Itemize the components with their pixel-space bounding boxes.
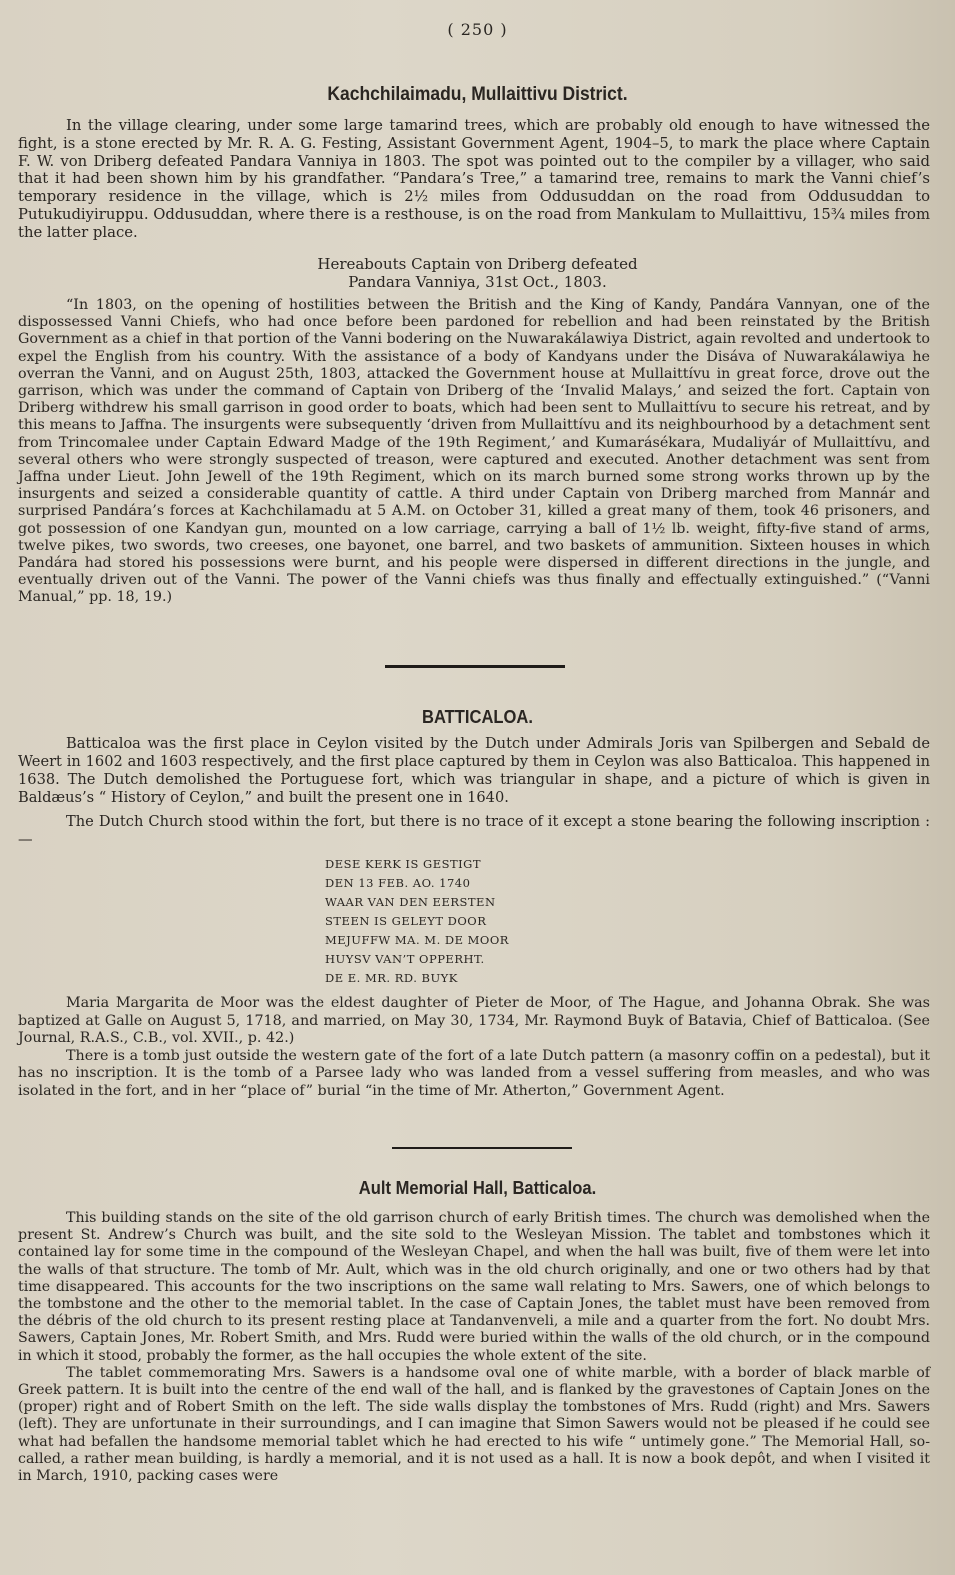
inscription-line: STEEN IS GELEYT DOOR — [325, 912, 509, 931]
church-inscription: DESE KERK IS GESTIGT DEN 13 FEB. AO. 174… — [325, 855, 509, 988]
ault-hall-text: This building stands on the site of the … — [18, 1210, 930, 1485]
ault-hall-paragraph-2: The tablet commemorating Mrs. Sawers is … — [18, 1365, 930, 1485]
memorial-stone-inscription: Hereabouts Captain von Driberg defeated … — [0, 255, 955, 291]
page-number: ( 250 ) — [0, 20, 955, 39]
section-divider-thin — [392, 1147, 572, 1149]
batticaloa-notes: Maria Margarita de Moor was the eldest d… — [18, 995, 930, 1100]
batticaloa-paragraph-3: Maria Margarita de Moor was the eldest d… — [18, 995, 930, 1048]
inscription-line: DESE KERK IS GESTIGT — [325, 855, 509, 874]
inscription-line: DE E. MR. RD. BUYK — [325, 969, 509, 988]
inscription-line: WAAR VAN DEN EERSTEN — [325, 893, 509, 912]
section-title-ault-memorial-hall: Ault Memorial Hall, Batticaloa. — [38, 1178, 917, 1199]
intro-paragraph: In the village clearing, under some larg… — [18, 117, 930, 242]
vanni-manual-quote: “In 1803, on the opening of hostilities … — [18, 297, 930, 607]
inscription-line: MEJUFFW MA. M. DE MOOR — [325, 931, 509, 950]
inscription-line-1: Hereabouts Captain von Driberg defeated — [0, 255, 955, 273]
ault-hall-paragraph-1: This building stands on the site of the … — [18, 1210, 930, 1365]
section-title-kachchilaimadu: Kachchilaimadu, Mullaittivu District. — [38, 84, 917, 106]
batticaloa-paragraph-1: Batticaloa was the first place in Ceylon… — [18, 735, 930, 807]
batticaloa-paragraph-2: The Dutch Church stood within the fort, … — [18, 813, 930, 849]
inscription-line: DEN 13 FEB. AO. 1740 — [325, 874, 509, 893]
kachchilaimadu-intro: In the village clearing, under some larg… — [18, 117, 930, 242]
inscription-line-2: Pandara Vanniya, 31st Oct., 1803. — [0, 273, 955, 291]
inscription-line: HUYSV VAN’T OPPERHT. — [325, 950, 509, 969]
quote-paragraph: “In 1803, on the opening of hostilities … — [18, 297, 930, 607]
batticaloa-paragraph-4: There is a tomb just outside the western… — [18, 1048, 930, 1101]
section-title-batticaloa: BATTICALOA. — [38, 707, 917, 728]
section-divider — [385, 665, 565, 668]
batticaloa-intro: Batticaloa was the first place in Ceylon… — [18, 735, 930, 849]
